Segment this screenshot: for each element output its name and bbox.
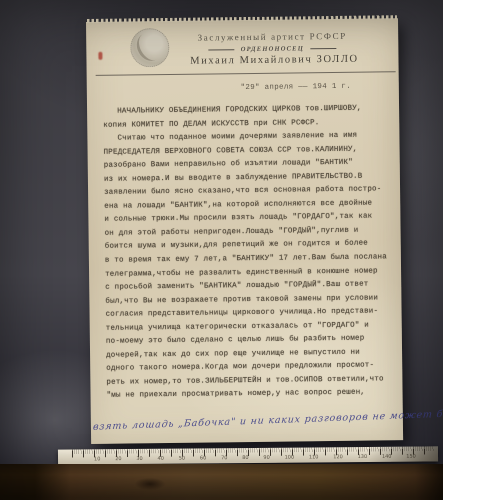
typed-line: "мы не приехали просматривать номер,у на… (107, 387, 401, 404)
measuring-ruler: 102030405060708090100110120130140150 (58, 446, 438, 464)
typed-body-text: НАЧАЛЬНИКУ ОБЪЕДИНЕНИЯ ГОРОДСКИХ ЦИРКОВ … (103, 102, 401, 404)
ruler-number: 70 (221, 455, 227, 461)
ruler-shadow-overlay (368, 446, 438, 462)
ruler-number: 10 (94, 456, 100, 462)
left-dash-rule (209, 49, 235, 50)
ruler-number: 80 (242, 455, 248, 461)
ruler-number: 60 (200, 455, 206, 461)
honorific-label: ОРДЕНОНОСЕЦ (241, 45, 304, 53)
ruler-number: 20 (115, 456, 121, 462)
ruler-number: 50 (179, 456, 185, 462)
red-pencil-mark (98, 52, 102, 60)
ruler-number: 120 (333, 454, 343, 460)
ruler-number: 110 (309, 454, 319, 460)
right-dash-rule (310, 48, 336, 49)
ruler-number: 100 (285, 455, 295, 461)
letterhead-name: Михаил Михайлович ЗОЛЛО (156, 53, 392, 67)
ruler-number: 130 (358, 454, 368, 460)
letterhead-rule (96, 71, 396, 76)
letterhead-honorific: ОРДЕНОНОСЕЦ (156, 44, 388, 54)
wooden-table-edge (0, 464, 443, 500)
letter-paper: Заслуженный артист РСФСР ОРДЕНОНОСЕЦ Мих… (86, 18, 403, 444)
ruler-number: 90 (263, 455, 269, 461)
white-image-margin (443, 0, 500, 500)
ruler-number: 30 (136, 456, 142, 462)
ruler-number: 40 (158, 456, 164, 462)
photograph-background: Заслуженный артист РСФСР ОРДЕНОНОСЕЦ Мих… (0, 0, 443, 500)
date-line: "29" апреля —— 194 1 г. (197, 82, 395, 92)
handwritten-note: взять лошадь „Бабочка" и ни каких разгов… (92, 410, 401, 432)
letterhead-title: Заслуженный артист РСФСР (156, 30, 388, 43)
torn-paper-edge (87, 15, 397, 23)
